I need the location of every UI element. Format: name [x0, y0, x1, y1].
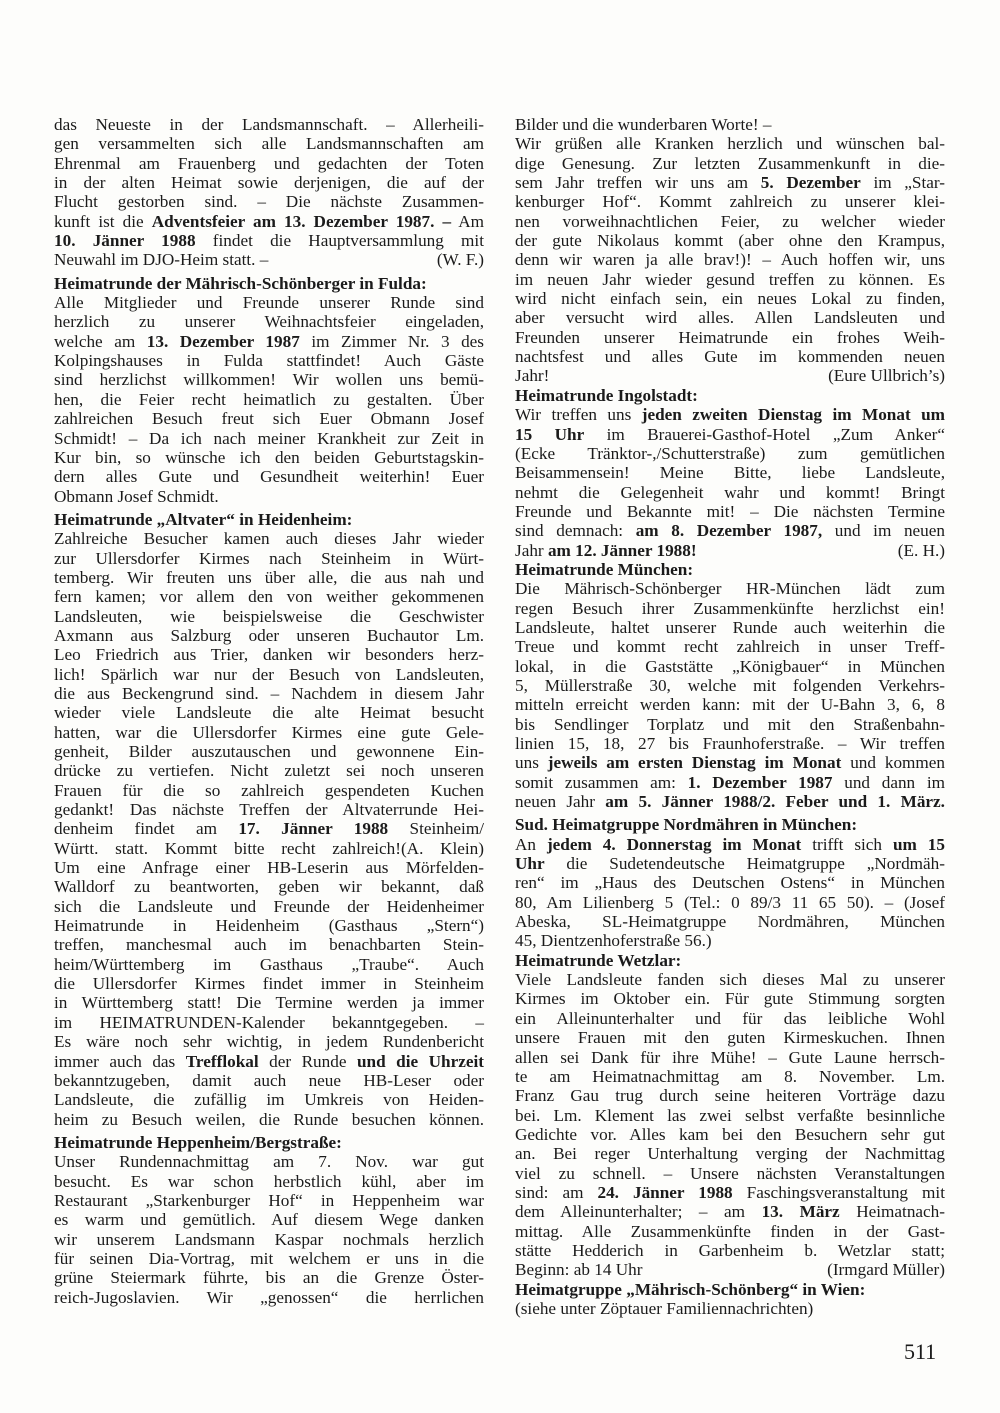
- text-line: wieder viele Landsleute die alte Heimat …: [54, 703, 484, 722]
- text-line: zahlreichen Besuch freut sich Euer Obman…: [54, 409, 484, 428]
- text-line: mittag. Alle Zusammenkünfte finden in de…: [515, 1222, 945, 1241]
- text-line: Es wäre noch sehr wichtig, in jedem Rund…: [54, 1032, 484, 1051]
- text-line: in Württemberg statt! Die Termine werden…: [54, 993, 484, 1012]
- text-line: Gedichte vor. Alles kam bei den Besucher…: [515, 1125, 945, 1144]
- text-line: aber versucht wird alles. Allen Landsleu…: [515, 308, 945, 327]
- text-line: viel zu schnell. – Unsere nächsten Veran…: [515, 1164, 945, 1183]
- text-line: dem Alleinunterhalter; – am 13. März Hei…: [515, 1202, 945, 1221]
- text-line: besucht. Es war schon herbstlich kühl, a…: [54, 1172, 484, 1191]
- text-line: sind herzlichst willkommen! Wir wollen u…: [54, 370, 484, 389]
- text-line: Landsleuten, wie beispielsweise die Gesc…: [54, 607, 484, 626]
- text-line: Um eine Anfrage einer HB-Leserin aus Mör…: [54, 858, 484, 877]
- text-line: in der alten Heimat sowie derjenigen, di…: [54, 173, 484, 192]
- text-line: ein Alleinunterhalter und für das leibli…: [515, 1009, 945, 1028]
- text-line: Württ. statt. Kommt bitte recht zahlreic…: [54, 839, 484, 858]
- text-line: 80, Am Lilienberg 5 (Tel.: 0 89/3 11 65 …: [515, 893, 945, 912]
- section-heading: Heimatrunde München:: [515, 560, 945, 579]
- text-line: sind demnach: am 8. Dezember 1987, und i…: [515, 521, 945, 540]
- author-signature: (Irmgard Müller): [827, 1260, 945, 1279]
- text-line: Heimatrunde in Heidenheim (Gasthaus „Ste…: [54, 916, 484, 935]
- section-wien: Heimatgruppe „Mährisch-Schönberg“ in Wie…: [515, 1280, 945, 1319]
- text-line: Unser Rundennachmittag am 7. Nov. war gu…: [54, 1152, 484, 1171]
- text-line: Wir grüßen alle Kranken herzlich und wün…: [515, 134, 945, 153]
- text-line: dern alles Gute und Gesundheit weiterhin…: [54, 467, 484, 486]
- text-line: kenburger Hof“. Kommt zahlreich zu unser…: [515, 192, 945, 211]
- author-signature: (W. F.): [437, 250, 484, 269]
- text-line: gedankt! Das nächste Treffen der Altvate…: [54, 800, 484, 819]
- text-line: zur Ullersdorfer Kirmes nach Steinheim i…: [54, 549, 484, 568]
- text-line: sich die Landsleute und Freunde der Heid…: [54, 897, 484, 916]
- text-line: 15 Uhr im Brauerei-Gasthof-Hotel „Zum An…: [515, 425, 945, 444]
- bold-date: 10. Jänner 1988: [54, 231, 196, 250]
- author-signature: (E. H.): [898, 541, 945, 560]
- text-line: Leo Friedrich aus Trier, danken wir beso…: [54, 645, 484, 664]
- text-line: unsere Frauen mit den guten Kirmeskuchen…: [515, 1028, 945, 1047]
- text-line: Landsleute, haltet unserer Runde auch we…: [515, 618, 945, 637]
- text-line: Freunde und Bekannte mit! – Die nächsten…: [515, 502, 945, 521]
- text-line: Kur bin, so wünsche ich den beiden Gebur…: [54, 448, 484, 467]
- section-ingolstadt: Heimatrunde Ingolstadt: Wir treffen uns …: [515, 386, 945, 560]
- section-nordmaehren: Sud. Heimatgruppe Nordmähren in München:…: [515, 815, 945, 950]
- text-line: Abeska, SL-Heimatgruppe Nordmähren, Münc…: [515, 912, 945, 931]
- text-line: (siehe unter Zöptauer Familiennachrichte…: [515, 1299, 945, 1318]
- text-line: nehmt die Gelegenheit wahr und kommt! Br…: [515, 483, 945, 502]
- text-line: hatten, war die Ullersdorfer Kirmes eine…: [54, 723, 484, 742]
- text-line: die aus Beckengrund sind. – Nachdem in d…: [54, 684, 484, 703]
- author-signature: (Eure Ullbrich’s): [828, 366, 945, 385]
- text-line: kunft ist die Adventsfeier am 13. Dezemb…: [54, 212, 484, 231]
- section-muenchen: Heimatrunde München: Die Mährisch-Schönb…: [515, 560, 945, 811]
- text-line: Jahr!(Eure Ullbrich’s): [515, 366, 945, 385]
- section-wetzlar: Heimatrunde Wetzlar: Viele Landsleute fa…: [515, 951, 945, 1280]
- text-line: Alle Mitglieder und Freunde unserer Rund…: [54, 293, 484, 312]
- section-heading: Heimatrunde Ingolstadt:: [515, 386, 945, 405]
- section-heppenheim: Heimatrunde Heppenheim/Bergstraße: Unser…: [54, 1133, 484, 1307]
- text-line: regen Besuch ihrer Zusammenkünfte herzli…: [515, 599, 945, 618]
- text-line: Viele Landsleute fanden sich dieses Mal …: [515, 970, 945, 989]
- text-line: bekanntzugeben, damit auch neue HB-Leser…: [54, 1071, 484, 1090]
- section-heading: Heimatrunde Wetzlar:: [515, 951, 945, 970]
- section-heading: Heimatrunde Heppenheim/Bergstraße:: [54, 1133, 484, 1152]
- section-fulda: Heimatrunde der Mährisch-Schönberger in …: [54, 274, 484, 506]
- document-page: das Neueste in der Landsmannschaft. – Al…: [0, 0, 1000, 1413]
- bold-date: Adventsfeier am 13. Dezember 1987. –: [152, 212, 451, 231]
- text-line: Landsleute, die zufällig im Umkreis von …: [54, 1090, 484, 1109]
- text-line: Axmann aus Salzburg oder unseren Buchaut…: [54, 626, 484, 645]
- text-line: heim zu Besuch weilen, die Runde besuche…: [54, 1110, 484, 1129]
- text-line: genheit, Bilder auszutauschen und gewonn…: [54, 742, 484, 761]
- text-line: welche am 13. Dezember 1987 im Zimmer Nr…: [54, 332, 484, 351]
- text-line: wir unserem Landsmann Kaspar nochmals he…: [54, 1230, 484, 1249]
- text-line: bei. Lm. Klement las zwei selbst verfaßt…: [515, 1106, 945, 1125]
- section-heppenheim-continued: Bilder und die wunderbaren Worte! – Wir …: [515, 115, 945, 386]
- text-line: Wir treffen uns jeden zweiten Dienstag i…: [515, 405, 945, 424]
- text-line: Franz Gau trug durch seine heiteren Vort…: [515, 1086, 945, 1105]
- text-line: somit zusammen am: 1. Dezember 1987 und …: [515, 773, 945, 792]
- section-heading: Heimatrunde der Mährisch-Schönberger in …: [54, 274, 484, 293]
- text-line: uns jeweils am ersten Dienstag im Monat …: [515, 753, 945, 772]
- text-line: der gute Nikolaus kommt (aber ohne den K…: [515, 231, 945, 250]
- text-line: heim/Württemberg im Gasthaus „Traube“. A…: [54, 955, 484, 974]
- text-line: Uhr die Sudetendeutsche Heimatgruppe „No…: [515, 854, 945, 873]
- text-line: An jedem 4. Donnerstag im Monat trifft s…: [515, 835, 945, 854]
- text-line: wird nicht einfach sein, ein neues Lokal…: [515, 289, 945, 308]
- text-line: die Ullersdorfer Kirmes findet immer in …: [54, 974, 484, 993]
- text-line: fern kamen; vor allem den von weither ge…: [54, 587, 484, 606]
- text-line: Freunden unserer Heimatrunde ein frohes …: [515, 328, 945, 347]
- text-line: sem Jahr treffen wir uns am 5. Dezember …: [515, 173, 945, 192]
- text-line: reich-Jugoslavien. Wir „genossen“ die he…: [54, 1288, 484, 1307]
- text-line: an. Bei reger Unterhaltung verging der N…: [515, 1144, 945, 1163]
- text-line: Obmann Josef Schmidt.: [54, 487, 484, 506]
- page-number: 511: [904, 1342, 936, 1361]
- section-heading: Heimatgruppe „Mährisch-Schönberg“ in Wie…: [515, 1280, 945, 1299]
- text-line: ren“ im „Haus des Deutschen Ostens“ in M…: [515, 873, 945, 892]
- text-line: Frauen für die so zahlreich gespendeten …: [54, 781, 484, 800]
- text-line: nachtsfest und alles Gute im kommenden n…: [515, 347, 945, 366]
- text-line: Kolpingshauses in Fulda stattfindet! Auc…: [54, 351, 484, 370]
- text-line: es warm und gemütlich. Auf diesem Wege d…: [54, 1210, 484, 1229]
- text-line: 5, Müllerstraße 30, welche mit folgenden…: [515, 676, 945, 695]
- text-line: hen, die Feier recht heimatlich zu gesta…: [54, 390, 484, 409]
- text-line: denheim findet am 17. Jänner 1988 Steinh…: [54, 819, 484, 838]
- text-line: Die Mährisch-Schönberger HR-München lädt…: [515, 579, 945, 598]
- text-line: Restaurant „Starkenburger Hof“ in Heppen…: [54, 1191, 484, 1210]
- text-line: Neuwahl im DJO-Heim statt. –(W. F.): [54, 250, 484, 269]
- text-line: Ehrenmal am Frauenberg und gedachten der…: [54, 154, 484, 173]
- text-line: bis Sendlinger Torplatz und mit den Stra…: [515, 715, 945, 734]
- text-line: 10. Jänner 1988 findet die Hauptversamml…: [54, 231, 484, 250]
- text-line: Beginn: ab 14 Uhr(Irmgard Müller): [515, 1260, 945, 1279]
- left-column: das Neueste in der Landsmannschaft. – Al…: [54, 115, 484, 1307]
- section-heading: Sud. Heimatgruppe Nordmähren in München:: [515, 815, 945, 834]
- text-line: Kirmes im Oktober ein. Für gute Stimmung…: [515, 989, 945, 1008]
- text-line: Beisammensein! Meine Bitte, liebe Landsl…: [515, 463, 945, 482]
- article-continuation: das Neueste in der Landsmannschaft. – Al…: [54, 115, 484, 270]
- text-line: für seinen Dia-Vortrag, mit welchem er u…: [54, 1249, 484, 1268]
- text-line: gen versammelten sich alle Landsmannscha…: [54, 134, 484, 153]
- text-line: im neuen Jahr wieder gesund treffen zu k…: [515, 270, 945, 289]
- text-line: Zahlreiche Besucher kamen auch dieses Ja…: [54, 529, 484, 548]
- text-line: grüne Steiermark führte, bis an die Gren…: [54, 1268, 484, 1287]
- text-line: Schmidt! – Da ich nach meiner Krankheit …: [54, 429, 484, 448]
- section-heading: Heimatrunde „Altvater“ in Heidenheim:: [54, 510, 484, 529]
- text-line: dige Genesung. Zur letzten Zusammenkunft…: [515, 154, 945, 173]
- text-line: drücke zu vertiefen. Nicht zuletzt sei n…: [54, 761, 484, 780]
- text-line: Flucht gestorben sind. – Die nächste Zus…: [54, 192, 484, 211]
- text-line: immer auch das Trefflokal der Runde und …: [54, 1052, 484, 1071]
- text-line: Jahr am 12. Jänner 1988!(E. H.): [515, 541, 945, 560]
- text-line: linien 15, 18, 27 bis Fraunhoferstraße. …: [515, 734, 945, 753]
- section-heidenheim: Heimatrunde „Altvater“ in Heidenheim: Za…: [54, 510, 484, 1129]
- text-line: allen sei Dank für ihre Mühe! – Gute Lau…: [515, 1048, 945, 1067]
- right-column: Bilder und die wunderbaren Worte! – Wir …: [515, 115, 945, 1318]
- text-line: herzlich zu unserer Weihnachtsfeier eing…: [54, 312, 484, 331]
- text-line: Walldorf zu beantworten, geben wir bekan…: [54, 877, 484, 896]
- text-line: Bilder und die wunderbaren Worte! –: [515, 115, 945, 134]
- text-line: Treue und kommt recht zahlreich in unser…: [515, 637, 945, 656]
- text-line: te am Heimatnachmittag am 8. November. L…: [515, 1067, 945, 1086]
- text-line: im HEIMATRUNDEN-Kalender bekanntgegeben.…: [54, 1013, 484, 1032]
- text-line: lokal, in die Gaststätte „Königbauer“ in…: [515, 657, 945, 676]
- text-line: neuen Jahr am 5. Jänner 1988/2. Feber un…: [515, 792, 945, 811]
- text-line: das Neueste in der Landsmannschaft. – Al…: [54, 115, 484, 134]
- text-line: nen vorweihnachtlichen Feier, zu welcher…: [515, 212, 945, 231]
- text-line: 45, Dientzenhoferstraße 56.): [515, 931, 945, 950]
- text-line: (Ecke Tränktor-,/Schutterstraße) zum gem…: [515, 444, 945, 463]
- text-line: lich! Spärlich war nur der Besuch von La…: [54, 665, 484, 684]
- text-line: denn wir waren ja alle brav!)! – Auch ho…: [515, 250, 945, 269]
- text-line: mitteln erreicht werden kann: mit der U-…: [515, 695, 945, 714]
- text-line: treffen, manchesmal auch im benachbarten…: [54, 935, 484, 954]
- text-line: stätte Hedderich in Garbenheim b. Wetzla…: [515, 1241, 945, 1260]
- text-line: sind: am 24. Jänner 1988 Faschingsverans…: [515, 1183, 945, 1202]
- text-line: temberg. Wir freuten uns über alle, die …: [54, 568, 484, 587]
